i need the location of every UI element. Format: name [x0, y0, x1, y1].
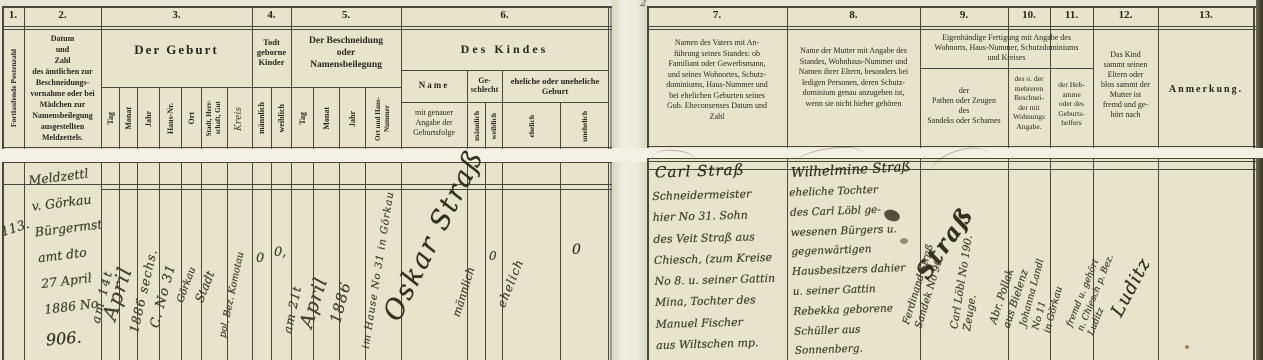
header-signatures-group: Eigenhändige Fertigung mit Angabe des Wo…: [920, 33, 1093, 63]
ink-blot: [900, 238, 908, 244]
gap-numeral: 2: [640, 0, 646, 10]
col-number-4: 4.: [252, 9, 291, 21]
header-child-name: Name: [401, 80, 467, 90]
label: männlich: [257, 102, 266, 134]
label: weiblich: [489, 113, 498, 140]
entry-stillborn-male: 0: [256, 252, 264, 267]
entry-mother-details: eheliche Tochter des Carl Löbl ge- wesen…: [789, 179, 924, 360]
header-birth-place: Ort: [181, 90, 201, 147]
label: männlich: [472, 111, 481, 141]
header-child-title: Des Kindes: [401, 42, 608, 57]
birth-register-sheet: 1. 2. 3. 4. 5. 6. 7. 8. 9. 10. 11. 12. 1…: [0, 0, 1263, 360]
entry-stillborn-female: 0,: [274, 246, 286, 261]
col-number-7: 7.: [647, 9, 787, 21]
label: Tag: [298, 112, 307, 125]
header-birth-day: Tag: [101, 90, 119, 147]
entry-meldzettel-number: 906.: [45, 328, 82, 349]
label: Stadt, Herr- schaft, Gut: [205, 100, 223, 136]
header-legitimacy: eheliche oder uneheliche Geburt: [502, 76, 608, 96]
entry-father-name: Carl Straß: [655, 161, 745, 181]
header-stillborn-title: Todt geborne Kinder: [252, 37, 291, 67]
col-number-10: 10.: [1008, 9, 1050, 21]
header-sex-male: männlich: [467, 104, 485, 148]
header-birth-month: Monat: [119, 90, 137, 147]
label: ehelich: [527, 115, 536, 138]
header-sex-female: weiblich: [485, 104, 502, 148]
entry-father-details: Schneidermeister hier No 31. Sohn des Ve…: [652, 183, 789, 357]
header-circ-place: Ort und Haus- Nummer: [365, 90, 401, 147]
label: Ort und Haus- Nummer: [374, 97, 392, 141]
label: Tag: [106, 112, 115, 125]
label: unehelich: [580, 111, 589, 142]
header-serial-column: Fortlaufende Postenzahl: [2, 30, 24, 147]
header-birth-district: Kreis: [227, 90, 252, 147]
header-stillborn-male: männlich: [252, 90, 271, 147]
header-illegitimate: unehelich: [560, 104, 608, 148]
header-child-sex: Ge- schlecht: [467, 76, 502, 94]
col-number-2: 2.: [24, 9, 101, 21]
label: weiblich: [277, 104, 286, 132]
entry-sex-female: 0: [489, 250, 497, 264]
paper-speck: [1185, 345, 1189, 349]
header-father: Namen des Vaters mit An- führung seines …: [651, 38, 783, 122]
col-number-3: 3.: [101, 9, 252, 21]
label: Ort: [187, 112, 196, 124]
header-meldzettel: Datum und Zahl des ämtlichen zur Beschne…: [26, 33, 99, 143]
header-remark: Anmerkung.: [1158, 84, 1254, 95]
header-serial-label: Fortlaufende Postenzahl: [9, 49, 18, 127]
header-mohel: des o. der mehreren Beschnei- der mit Wo…: [1009, 74, 1049, 131]
label: Monat: [124, 107, 133, 130]
header-stillborn-female: weiblich: [271, 90, 291, 147]
header-legitimate: ehelich: [502, 104, 560, 148]
label: Kreis: [234, 107, 244, 131]
col-number-1: 1.: [2, 9, 24, 21]
label: Jahr: [144, 111, 153, 127]
header-midwife: der Heb- amme oder des Geburts- helfers: [1051, 80, 1092, 128]
header-birth-year: Jahr: [137, 90, 159, 147]
col-number-8: 8.: [787, 9, 920, 21]
label: Jahr: [348, 111, 357, 127]
header-birth-title: Der Geburt: [101, 42, 252, 58]
col-number-9: 9.: [920, 9, 1008, 21]
header-circ-day: Tag: [291, 90, 313, 147]
header-circumcision-title: Der Beschneidung oder Namensbeilegung: [291, 35, 401, 71]
header-circ-month: Monat: [313, 90, 339, 147]
header-godparents: der Pathen oder Zeugen des Sandeks oder …: [922, 86, 1006, 126]
header-foreign: Das Kind sammt seinen Eltern oder blos s…: [1094, 50, 1157, 120]
label: Haus-Nr.: [166, 103, 175, 134]
col-number-6: 6.: [401, 9, 608, 21]
col-number-5: 5.: [291, 9, 401, 21]
label: Monat: [322, 107, 331, 130]
entry-illegitimate: 0: [572, 242, 581, 258]
header-mother: Name der Mutter mit Angabe des Standes, …: [790, 46, 917, 109]
header-child-name-sub: mit genauer Angabe der Geburtsfolge: [401, 108, 467, 138]
header-circ-year: Jahr: [339, 90, 365, 147]
header-birth-estate: Stadt, Herr- schaft, Gut: [201, 90, 227, 147]
col-number-12: 12.: [1093, 9, 1158, 21]
col-number-13: 13.: [1158, 9, 1254, 21]
header-birth-house: Haus-Nr.: [159, 90, 181, 147]
col-number-11: 11.: [1050, 9, 1093, 21]
